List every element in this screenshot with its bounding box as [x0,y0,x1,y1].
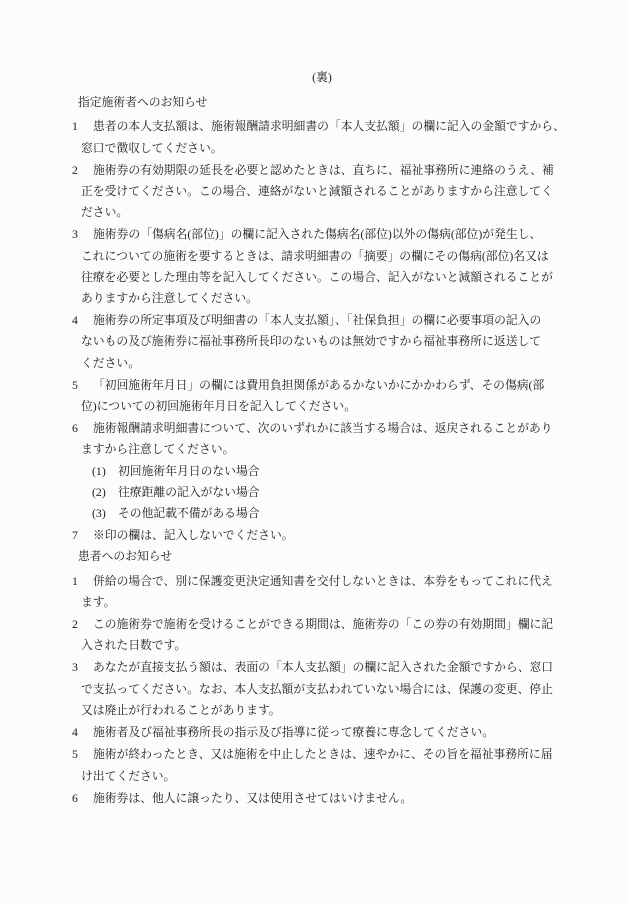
section-heading: 患者へのお知らせ [78,546,572,567]
item-number: 2 [72,614,93,635]
notice-item: 5「初回施術年月日」の欄には費用負担関係があるかないかにかかわらず、その傷病(部… [72,375,572,417]
item-text: 施術報酬請求明細書について、次のいずれかに該当する場合は、返戻されることがあり [93,421,553,435]
page-side-label: (裏) [72,67,572,88]
notice-item: 5施術が終わったとき、又は施術を中止したときは、速やかに、その旨を福祉事務所に届… [72,744,572,786]
item-line: ください。 [72,353,572,374]
item-line: 5施術が終わったとき、又は施術を中止したときは、速やかに、その旨を福祉事務所に届 [72,744,572,765]
item-text: あなたが直接支払う額は、表面の「本人支払額」の欄に記入された金額ですから、窓口 [93,660,553,674]
item-line: 位)についての初回施術年月日を記入してください。 [72,396,572,417]
item-line: 1併給の場合で、別に保護変更決定通知書を交付しないときは、本券をもってこれに代え [72,571,572,592]
item-number: 3 [72,224,93,245]
notice-subitem: (3)その他記載不備がある場合 [72,503,572,524]
item-line: ださい。 [72,202,572,223]
item-line: 3あなたが直接支払う額は、表面の「本人支払額」の欄に記入された金額ですから、窓口 [72,657,572,678]
item-number: 6 [72,418,93,439]
item-line: ありますから注意してください。 [72,288,572,309]
item-line: 6施術報酬請求明細書について、次のいずれかに該当する場合は、返戻されることがあり [72,418,572,439]
item-text: 「初回施術年月日」の欄には費用負担関係があるかないかにかかわらず、その傷病(部 [93,378,544,392]
notice-subitem: (1)初回施術年月日のない場合 [72,461,572,482]
item-line: ないもの及び施術券に福祉事務所長印のないものは無効ですから福祉事務所に返送して [72,331,572,352]
section-patient-notices: 患者へのお知らせ 1併給の場合で、別に保護変更決定通知書を交付しないときは、本券… [72,546,572,808]
notice-item: 6施術券は、他人に譲ったり、又は使用させてはいけません。 [72,788,572,809]
item-line: 4施術券の所定事項及び明細書の「本人支払額」、「社保負担」の欄に必要事項の記入の [72,310,572,331]
notice-item: 4施術者及び福祉事務所長の指示及び指導に従って療養に専念してください。 [72,722,572,743]
notice-item: 1患者の本人支払額は、施術報酬請求明細書の「本人支払額」の欄に記入の金額ですから… [72,116,572,158]
item-line: 2この施術券で施術を受けることができる期間は、施術券の「この券の有効期間」欄に記 [72,614,572,635]
item-number: 5 [72,375,93,396]
item-text: 施術券の所定事項及び明細書の「本人支払額」、「社保負担」の欄に必要事項の記入の [93,313,541,327]
item-line: 5「初回施術年月日」の欄には費用負担関係があるかないかにかかわらず、その傷病(部 [72,375,572,396]
item-text: 併給の場合で、別に保護変更決定通知書を交付しないときは、本券をもってこれに代え [93,574,553,588]
item-line: ますから注意してください。 [72,439,572,460]
notice-item: 3あなたが直接支払う額は、表面の「本人支払額」の欄に記入された金額ですから、窓口… [72,657,572,721]
subitem-number: (1) [92,461,118,482]
item-text: 患者の本人支払額は、施術報酬請求明細書の「本人支払額」の欄に記入の金額ですから、 [93,119,565,133]
notice-item: 2この施術券で施術を受けることができる期間は、施術券の「この券の有効期間」欄に記… [72,614,572,656]
notice-item: 6施術報酬請求明細書について、次のいずれかに該当する場合は、返戻されることがあり… [72,418,572,524]
notice-item: 3施術券の「傷病名(部位)」の欄に記入された傷病名(部位)以外の傷病(部位)が発… [72,224,572,309]
item-text: 施術券の「傷病名(部位)」の欄に記入された傷病名(部位)以外の傷病(部位)が発生… [93,227,541,241]
item-line: 4施術者及び福祉事務所長の指示及び指導に従って療養に専念してください。 [72,722,572,743]
item-line: ます。 [72,592,572,613]
item-line: 正を受けてください。この場合、連絡がないと減額されることがありますから注意してく [72,181,572,202]
section-practitioner-notices: 指定施術者へのお知らせ 1患者の本人支払額は、施術報酬請求明細書の「本人支払額」… [72,92,572,546]
subitem-number: (2) [92,482,118,503]
item-line: 窓口で徴収してください。 [72,138,572,159]
item-number: 2 [72,160,93,181]
item-number: 4 [72,722,93,743]
item-number: 6 [72,788,93,809]
item-text: 施術券は、他人に譲ったり、又は使用させてはいけません。 [93,791,412,805]
item-number: 7 [72,525,93,546]
item-number: 4 [72,310,93,331]
notice-subitem: (2)往療距離の記入がない場合 [72,482,572,503]
notice-item: 4施術券の所定事項及び明細書の「本人支払額」、「社保負担」の欄に必要事項の記入の… [72,310,572,374]
item-text: この施術券で施術を受けることができる期間は、施術券の「この券の有効期間」欄に記 [93,617,553,631]
item-line: 6施術券は、他人に譲ったり、又は使用させてはいけません。 [72,788,572,809]
notice-item: 2施術券の有効期限の延長を必要と認めたときは、直ちに、福祉事務所に連絡のうえ、補… [72,160,572,224]
notice-item: 1併給の場合で、別に保護変更決定通知書を交付しないときは、本券をもってこれに代え… [72,571,572,613]
item-line: 入された日数です。 [72,635,572,656]
item-number: 3 [72,657,93,678]
item-line: 3施術券の「傷病名(部位)」の欄に記入された傷病名(部位)以外の傷病(部位)が発… [72,224,572,245]
item-line: 1患者の本人支払額は、施術報酬請求明細書の「本人支払額」の欄に記入の金額ですから… [72,116,572,137]
item-line: これについての施術を要するときは、請求明細書の「摘要」の欄にその傷病(部位)名又… [72,246,572,267]
subitem-text: 往療距離の記入がない場合 [118,485,260,499]
subitem-text: その他記載不備がある場合 [118,506,260,520]
subitem-text: 初回施術年月日のない場合 [118,464,260,478]
item-line: 2施術券の有効期限の延長を必要と認めたときは、直ちに、福祉事務所に連絡のうえ、補 [72,160,572,181]
item-text: 施術者及び福祉事務所長の指示及び指導に従って療養に専念してください。 [93,725,494,739]
document-page: (裏) 指定施術者へのお知らせ 1患者の本人支払額は、施術報酬請求明細書の「本人… [0,0,630,903]
item-line: 7※印の欄は、記入しないでください。 [72,525,572,546]
notice-item: 7※印の欄は、記入しないでください。 [72,525,572,546]
item-number: 1 [72,571,93,592]
item-line: け出てください。 [72,766,572,787]
item-number: 1 [72,116,93,137]
item-line: 往療を必要とした理由等を記入してください。この場合、記入がないと減額されることが [72,267,572,288]
document-content: (裏) 指定施術者へのお知らせ 1患者の本人支払額は、施術報酬請求明細書の「本人… [0,0,630,809]
item-line: で支払ってください。なお、本人支払額が支払われていない場合には、保護の変更、停止 [72,679,572,700]
subitem-number: (3) [92,503,118,524]
item-text: 施術が終わったとき、又は施術を中止したときは、速やかに、その旨を福祉事務所に届 [93,747,553,761]
section-heading: 指定施術者へのお知らせ [78,92,572,113]
item-text: 施術券の有効期限の延長を必要と認めたときは、直ちに、福祉事務所に連絡のうえ、補 [93,163,554,177]
item-number: 5 [72,744,93,765]
item-line: 又は廃止が行われることがあります。 [72,700,572,721]
item-text: ※印の欄は、記入しないでください。 [93,528,294,542]
